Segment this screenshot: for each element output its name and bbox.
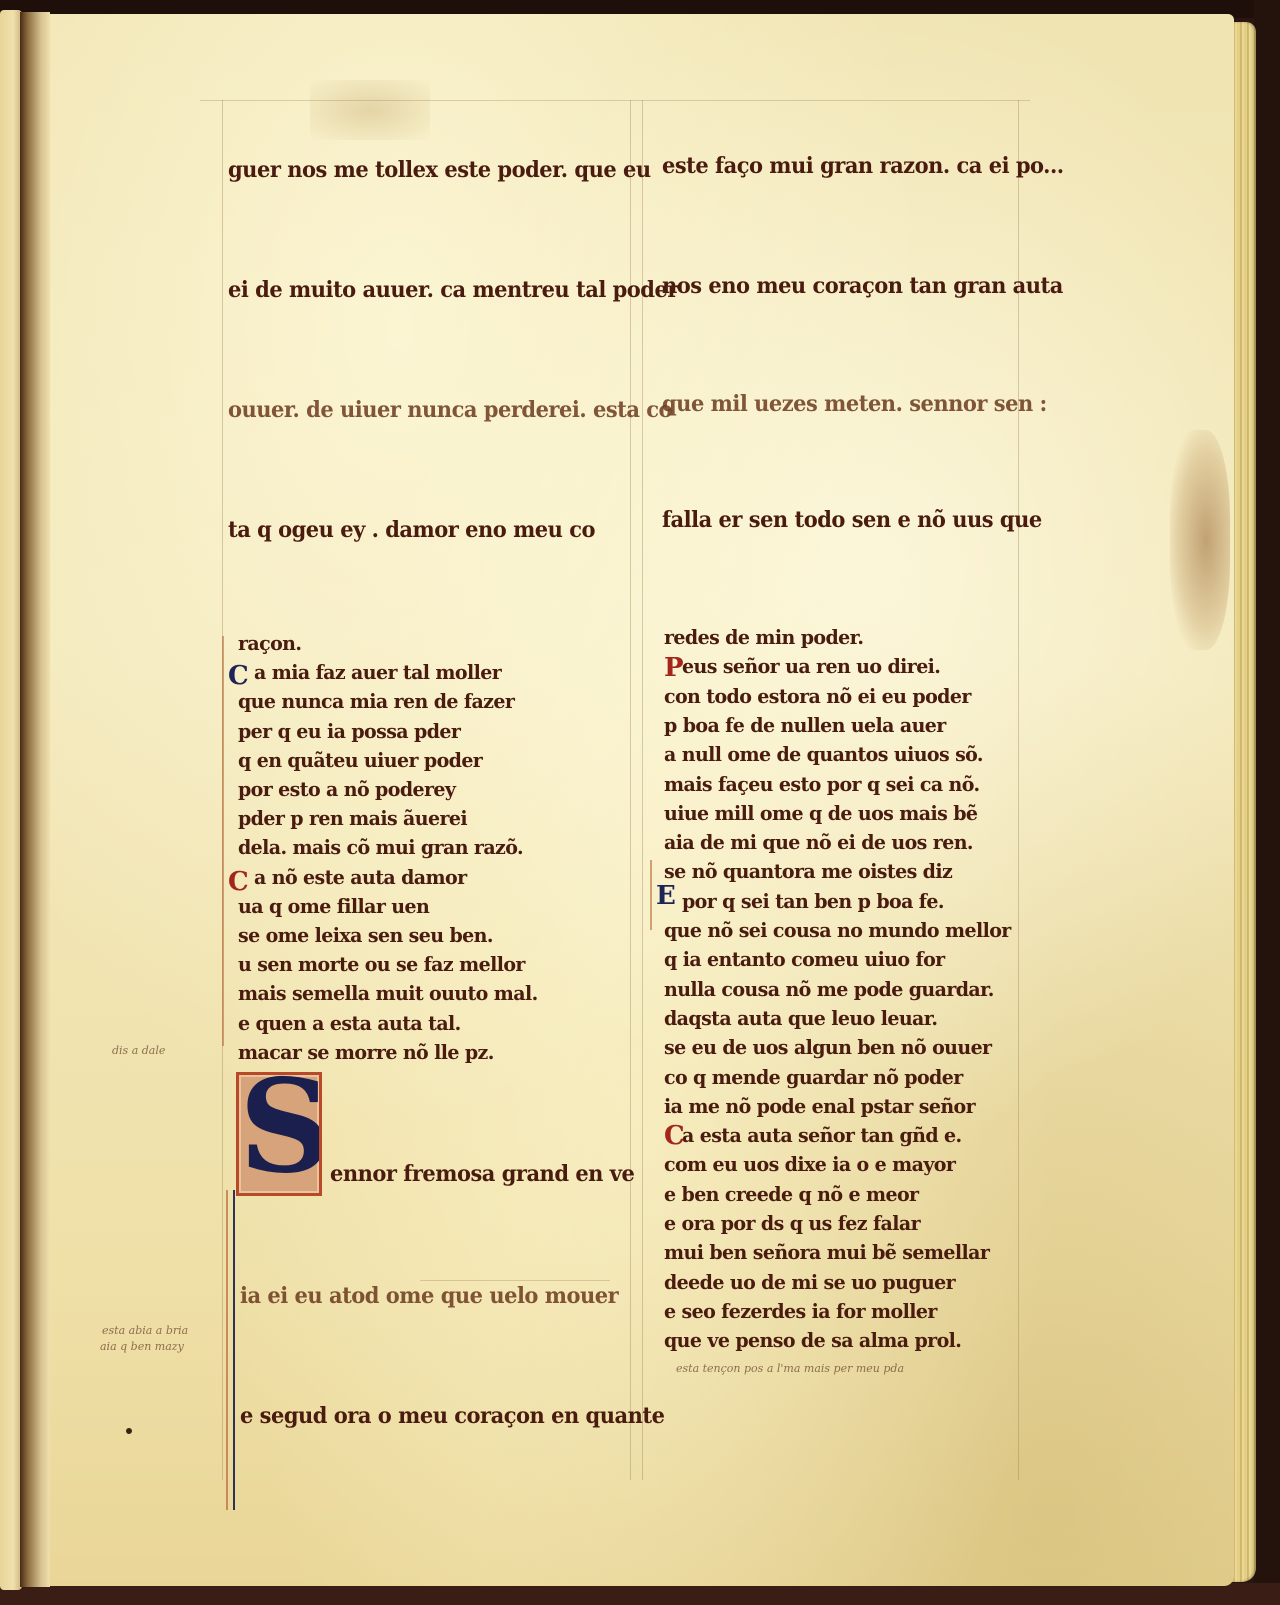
verse-line: redes de min poder. [664, 626, 863, 649]
verse-line: e seo fezerdes ia for moller [664, 1300, 937, 1323]
verse-line: daqsta auta que leuo leuar. [664, 1007, 937, 1030]
verse-line: a esta auta señor tan gñd e. [682, 1124, 962, 1147]
left-staff-line-4: ta q ogeu ey . damor eno meu co [228, 516, 595, 542]
verse-line: per q eu ia possa pder [238, 720, 460, 743]
left-after-initial-line-2: ia ei eu atod ome que uelo mouer [240, 1282, 618, 1308]
verse-line: nulla cousa nõ me pode guardar. [664, 978, 994, 1001]
pen-flourish-initial-red [226, 1190, 228, 1510]
verse-line: pder p ren mais ãuerei [238, 807, 467, 830]
verse-line: se eu de uos algun ben nõ ouuer [664, 1036, 991, 1059]
ruling-right [1018, 100, 1019, 1480]
verse-line: raçon. [238, 632, 301, 655]
left-after-initial-line-3: e segud ora o meu coraçon en quante [240, 1402, 664, 1428]
verse-line: macar se morre nõ lle pz. [238, 1041, 494, 1064]
pen-flourish-right [650, 860, 652, 930]
initial-c-red-left: C [228, 869, 249, 895]
initial-e-blue-right: E [656, 883, 676, 909]
marginal-note-left-top: dis a dale [112, 1044, 165, 1057]
folio-page [42, 14, 1234, 1586]
verse-line: u sen morte ou se faz mellor [238, 953, 525, 976]
marginal-note-left-1: esta abia a bria [102, 1324, 188, 1337]
pen-flourish-left [222, 636, 224, 1046]
background-right [1254, 0, 1280, 1605]
verse-line: mais façeu esto por q sei ca nõ. [664, 773, 980, 796]
ruling-top [200, 100, 1030, 101]
right-staff-line-2: nos eno meu coraçon tan gran auta [662, 272, 1063, 298]
verse-line: e ben creede q nõ e meor [664, 1183, 918, 1206]
water-stain-top [310, 80, 430, 140]
initial-p-red-right: P [664, 655, 684, 681]
verse-line: a mia faz auer tal moller [254, 661, 501, 684]
left-after-initial-line-1: ennor fremosa grand en ve [330, 1160, 634, 1186]
verse-line: que ve penso de sa alma prol. [664, 1329, 961, 1352]
verse-line: q en quãteu uiuer poder [238, 749, 482, 772]
verse-line: por q sei tan ben p boa fe. [682, 890, 944, 913]
ruling-center-left [630, 100, 631, 1480]
verse-line: ia me nõ pode enal pstar señor [664, 1095, 975, 1118]
left-staff-line-2: ei de muito auuer. ca mentreu tal poder [228, 276, 678, 302]
right-staff-line-4: falla er sen todo sen e nõ uus que [662, 506, 1042, 532]
background-bottom [0, 1583, 1280, 1605]
verse-line: co q mende guardar nõ poder [664, 1066, 963, 1089]
verse-line: mais semella muit ouuto mal. [238, 982, 538, 1005]
verse-line: e ora por ds q us fez falar [664, 1212, 920, 1235]
verse-line: com eu uos dixe ia o e mayor [664, 1153, 955, 1176]
ruling-staff [420, 1280, 610, 1281]
verse-line: que nunca mia ren de fazer [238, 690, 514, 713]
left-staff-line-3: ouuer. de uiuer nunca perderei. esta co [228, 396, 672, 422]
verse-line: a nõ este auta damor [254, 866, 467, 889]
verse-line: se nõ quantora me oistes diz [664, 860, 952, 883]
ruling-center-right [642, 100, 643, 1480]
right-staff-line-3: que mil uezes meten. sennor sen : [662, 390, 1047, 416]
verse-line: aia de mi que nõ ei de uos ren. [664, 831, 973, 854]
binding-gutter [20, 12, 50, 1587]
initial-c-blue-left: C [228, 663, 249, 689]
ink-dot [126, 1428, 132, 1434]
verse-line: p boa fe de nullen uela auer [664, 714, 946, 737]
left-staff-line-1: guer nos me tollex este poder. que eu [228, 156, 651, 182]
verse-line: eus señor ua ren uo direi. [682, 655, 940, 678]
verse-line: que nõ sei cousa no mundo mellor [664, 919, 1011, 942]
verse-line: ua q ome fillar uen [238, 895, 429, 918]
illuminated-initial-s: S [236, 1072, 322, 1196]
verse-line: por esto a nõ poderey [238, 778, 455, 801]
verse-line: dela. mais cõ mui gran razõ. [238, 836, 523, 859]
verse-line: uiue mill ome q de uos mais bẽ [664, 802, 977, 825]
marginal-note-right-bottom: esta tençon pos a l'ma mais per meu pda [676, 1362, 904, 1375]
marginal-note-left-2: aia q ben mazy [100, 1340, 184, 1353]
verse-line: a null ome de quantos uiuos sõ. [664, 743, 983, 766]
water-stain [1170, 430, 1230, 650]
verse-line: e quen a esta auta tal. [238, 1012, 461, 1035]
verse-line: q ia entanto comeu uiuo for [664, 948, 945, 971]
facing-page-edge [0, 10, 22, 1590]
right-staff-line-1: este faço mui gran razon. ca ei po... [662, 152, 1064, 178]
verse-line: se ome leixa sen seu ben. [238, 924, 493, 947]
verse-line: mui ben señora mui bẽ semellar [664, 1241, 989, 1264]
initial-c-red-right: C [664, 1123, 685, 1149]
verse-line: deede uo de mi se uo puguer [664, 1271, 955, 1294]
manuscript-photo: guer nos me tollex este poder. que eu ei… [0, 0, 1280, 1605]
verse-line: con todo estora nõ ei eu poder [664, 685, 971, 708]
pen-flourish-initial-blue [233, 1190, 235, 1510]
